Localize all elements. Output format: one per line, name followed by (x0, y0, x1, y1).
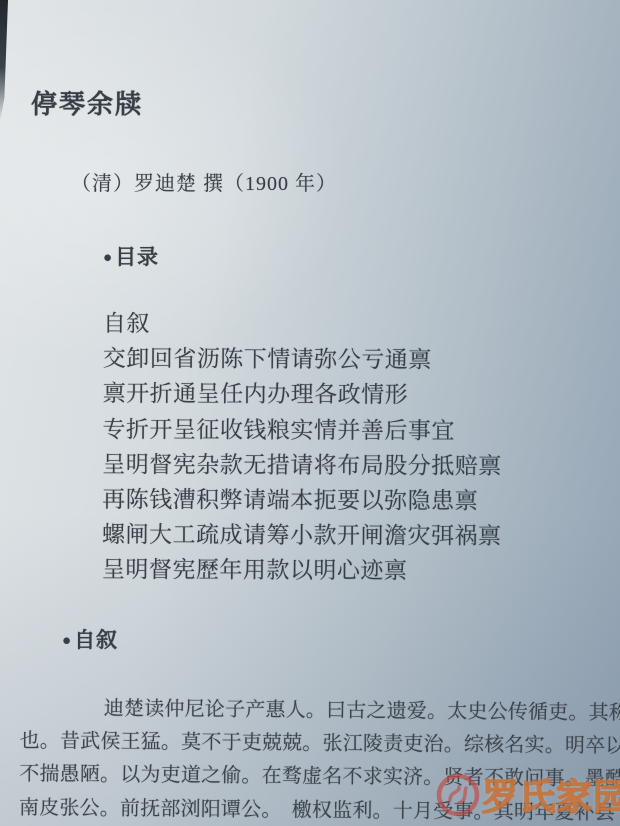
page-corner-shadow (0, 0, 8, 122)
toc-item: 呈明督宪歷年用款以明心迹禀 (102, 552, 572, 589)
toc-item: 呈明督宪杂款无措请将布局股分抵赔禀 (102, 447, 572, 484)
toc-heading: ●目录 (103, 241, 159, 271)
watermark-text: 罗氏家园 (482, 769, 620, 820)
toc-item: 螺闸大工疏成请筹小款开闸澹灾弭祸禀 (102, 517, 572, 554)
toc-item: 再陈钱漕积弊请端本扼要以弥隐患禀 (102, 482, 572, 519)
table-of-contents: 自叙 交卸回省沥陈下情请弥公亏通禀 禀开折通呈任内办理各政情形 专折开呈征收钱粮… (102, 306, 573, 590)
page-title: 停琴余牍 (31, 84, 143, 121)
section-heading: ●自叙 (62, 624, 118, 654)
bullet-icon: ● (62, 633, 72, 649)
toc-item: 自叙 (103, 306, 573, 343)
bullet-icon: ● (103, 250, 113, 266)
watermark: 罗氏家园 (436, 769, 620, 820)
toc-item: 专折开呈征收钱粮实情并善后事宜 (102, 412, 572, 449)
toc-item: 禀开折通呈任内办理各政情形 (103, 376, 573, 413)
watermark-logo-icon (436, 773, 480, 817)
body-line: 也。昔武侯王猛。莫不于吏兢兢。张江陵责吏治。综核名实。明卒以 (19, 725, 620, 763)
toc-item: 交卸回省沥陈下情请弥公亏通禀 (103, 341, 573, 378)
toc-heading-label: 目录 (115, 245, 159, 269)
section-heading-label: 自叙 (74, 628, 118, 652)
body-line: 迪楚读仲尼论子产惠人。曰古之遗爱。太史公传循吏。其称述 (20, 692, 620, 730)
author-byline: （清）罗迪楚 撰（1900 年） (71, 167, 337, 196)
book-page-photo: 停琴余牍 （清）罗迪楚 撰（1900 年） ●目录 自叙 交卸回省沥陈下情请弥公… (0, 0, 620, 826)
